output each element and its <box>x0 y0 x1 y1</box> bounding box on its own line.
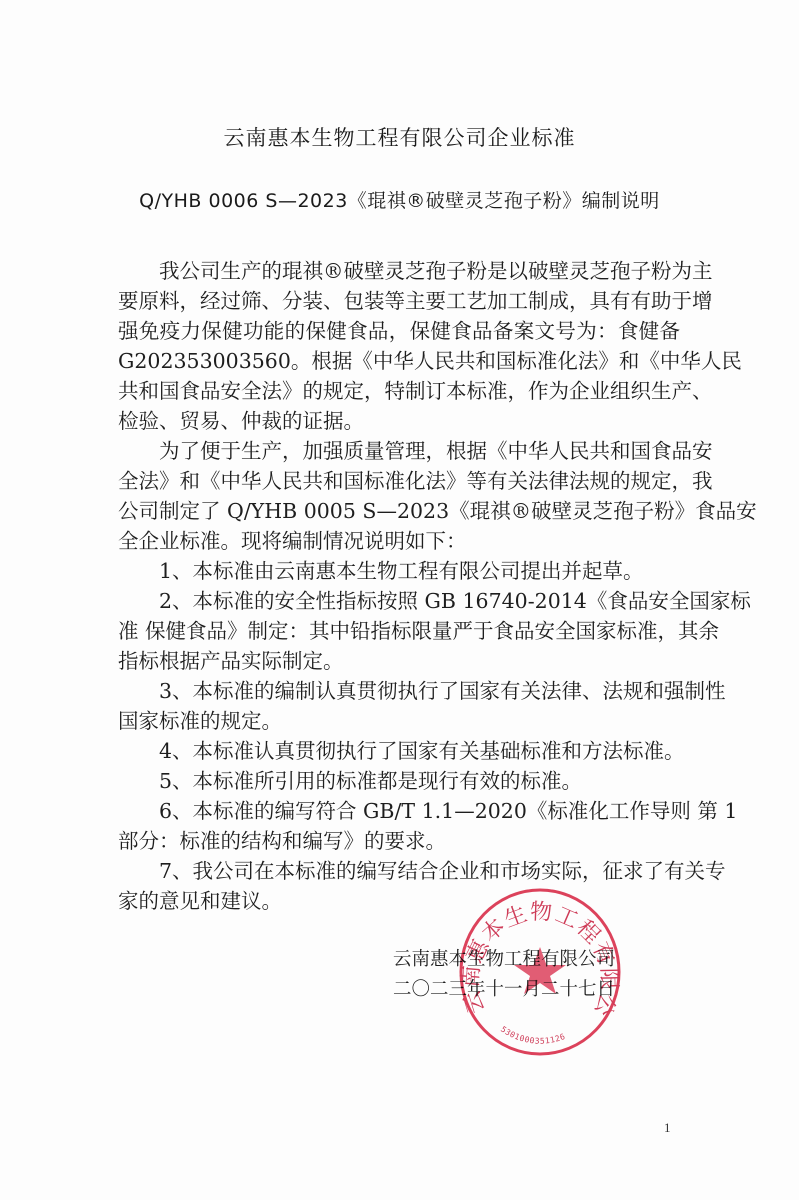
body-line: 我公司生产的琨祺®破壁灵芝孢子粉是以破壁灵芝孢子粉为主 <box>118 256 680 286</box>
body-line: 指标根据产品实际制定。 <box>118 646 680 676</box>
body-line: 强免疫力保健功能的保健食品，保健食品备案文号为：食健备 <box>118 316 680 346</box>
body-line: 要原料，经过筛、分装、包装等主要工艺加工制成，具有有助于增 <box>118 286 680 316</box>
body-line: 5、本标准所引用的标准都是现行有效的标准。 <box>118 766 680 796</box>
body-line: 部分：标准的结构和编写》的要求。 <box>118 826 680 856</box>
body-line: 检验、贸易、仲裁的证据。 <box>118 406 680 436</box>
document-title: 云南惠本生物工程有限公司企业标准 <box>0 122 799 152</box>
body-line: 全企业标准。现将编制情况说明如下： <box>118 526 680 556</box>
body-line: 公司制定了 Q/YHB 0005 S—2023《琨祺®破壁灵芝孢子粉》食品安 <box>118 496 680 526</box>
body-line: 3、本标准的编制认真贯彻执行了国家有关法律、法规和强制性 <box>118 676 680 706</box>
star-icon <box>514 947 566 994</box>
body-line: 共和国食品安全法》的规定，特制订本标准，作为企业组织生产、 <box>118 376 680 406</box>
svg-text:5301000351126: 5301000351126 <box>499 1025 567 1046</box>
body-line: 7、我公司在本标准的编写结合企业和市场实际，征求了有关专 <box>118 856 680 886</box>
body-line: 全法》和《中华人民共和国标准化法》等有关法律法规的规定，我 <box>118 466 680 496</box>
body-line: 4、本标准认真贯彻执行了国家有关基础标准和方法标准。 <box>118 736 680 766</box>
document-subtitle: Q/YHB 0006 S—2023《琨祺®破壁灵芝孢子粉》编制说明 <box>0 186 799 213</box>
body-line: 1、本标准由云南惠本生物工程有限公司提出并起草。 <box>118 556 680 586</box>
page-number: 1 <box>664 1120 671 1136</box>
body-line: 6、本标准的编写符合 GB/T 1.1—2020《标准化工作导则 第 1 <box>118 796 680 826</box>
body-line: 为了便于生产，加强质量管理，根据《中华人民共和国食品安 <box>118 436 680 466</box>
body-line: 国家标准的规定。 <box>118 706 680 736</box>
stamp-code: 5301000351126 <box>499 1025 567 1046</box>
document-body: 我公司生产的琨祺®破壁灵芝孢子粉是以破壁灵芝孢子粉为主要原料，经过筛、分装、包装… <box>118 256 680 916</box>
body-line: G202353003560。根据《中华人民共和国标准化法》和《中华人民 <box>118 346 680 376</box>
company-seal-stamp: 云南惠本生物工程有限公司 5301000351126 <box>458 887 622 1057</box>
document-page: 云南惠本生物工程有限公司企业标准 Q/YHB 0006 S—2023《琨祺®破壁… <box>0 0 799 1200</box>
body-line: 2、本标准的安全性指标按照 GB 16740-2014《食品安全国家标 <box>118 586 680 616</box>
body-line: 准 保健食品》制定：其中铅指标限量严于食品安全国家标准，其余 <box>118 616 680 646</box>
